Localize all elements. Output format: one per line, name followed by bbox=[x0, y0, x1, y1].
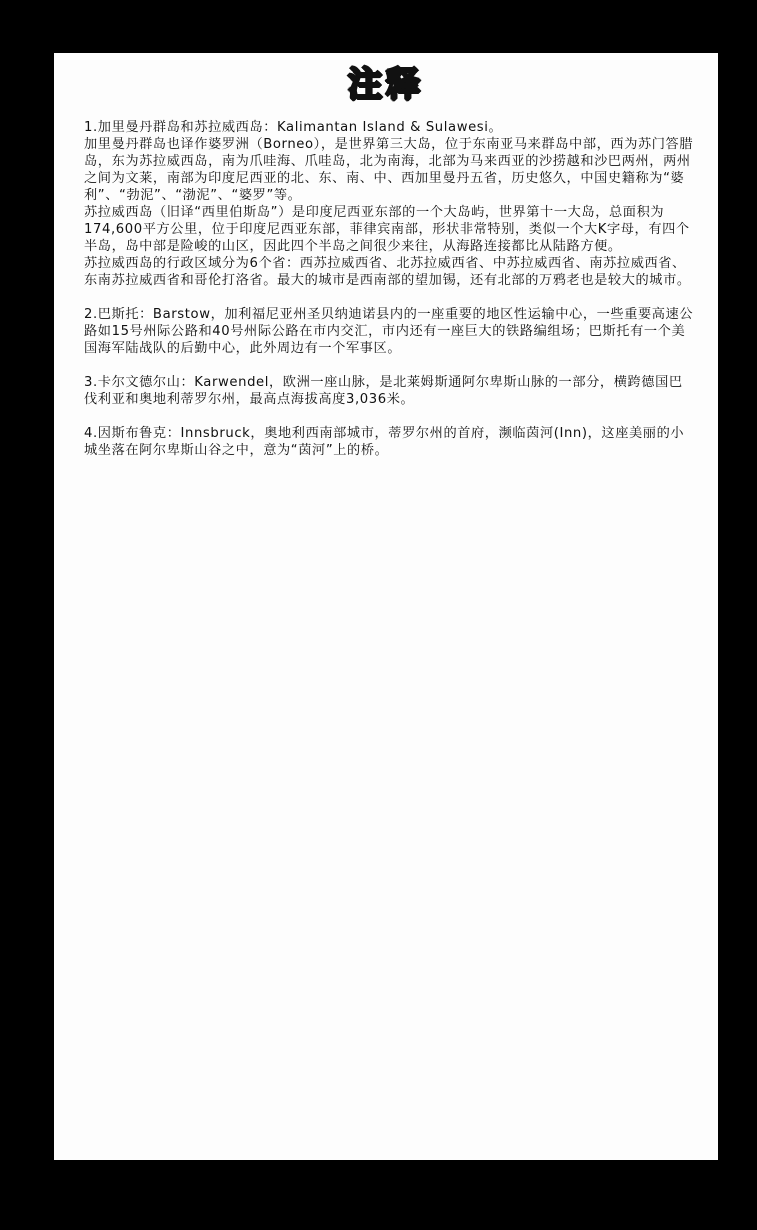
note-paragraph: 苏拉威西岛（旧译“西里伯斯岛”）是印度尼西亚东部的一个大岛屿，世界第十一大岛，总… bbox=[84, 204, 696, 255]
note-paragraph: 苏拉威西岛的行政区域分为6个省：西苏拉威西省、北苏拉威西省、中苏拉威西省、南苏拉… bbox=[84, 255, 696, 289]
note-heading: 1.加里曼丹群岛和苏拉威西岛：Kalimantan Island & Sulaw… bbox=[84, 119, 696, 136]
note-paragraph: 4.因斯布鲁克：Innsbruck，奥地利西南部城市，蒂罗尔州的首府，濒临茵河(… bbox=[84, 425, 696, 459]
note-karwendel: 3.卡尔文德尔山：Karwendel，欧洲一座山脉，是北莱姆斯通阿尔卑斯山脉的一… bbox=[84, 374, 696, 408]
note-paragraph: 2.巴斯托：Barstow，加利福尼亚州圣贝纳迪诺县内的一座重要的地区性运输中心… bbox=[84, 306, 696, 357]
note-paragraph: 加里曼丹群岛也译作婆罗洲（Borneo），是世界第三大岛，位于东南亚马来群岛中部… bbox=[84, 136, 696, 204]
notes-page: 注释 1.加里曼丹群岛和苏拉威西岛：Kalimantan Island & Su… bbox=[54, 53, 718, 1160]
page-title: 注释 bbox=[54, 65, 718, 105]
note-kalimantan-sulawesi: 1.加里曼丹群岛和苏拉威西岛：Kalimantan Island & Sulaw… bbox=[84, 119, 696, 289]
note-paragraph: 3.卡尔文德尔山：Karwendel，欧洲一座山脉，是北莱姆斯通阿尔卑斯山脉的一… bbox=[84, 374, 696, 408]
note-barstow: 2.巴斯托：Barstow，加利福尼亚州圣贝纳迪诺县内的一座重要的地区性运输中心… bbox=[84, 306, 696, 357]
notes-content: 1.加里曼丹群岛和苏拉威西岛：Kalimantan Island & Sulaw… bbox=[84, 119, 696, 476]
note-innsbruck: 4.因斯布鲁克：Innsbruck，奥地利西南部城市，蒂罗尔州的首府，濒临茵河(… bbox=[84, 425, 696, 459]
